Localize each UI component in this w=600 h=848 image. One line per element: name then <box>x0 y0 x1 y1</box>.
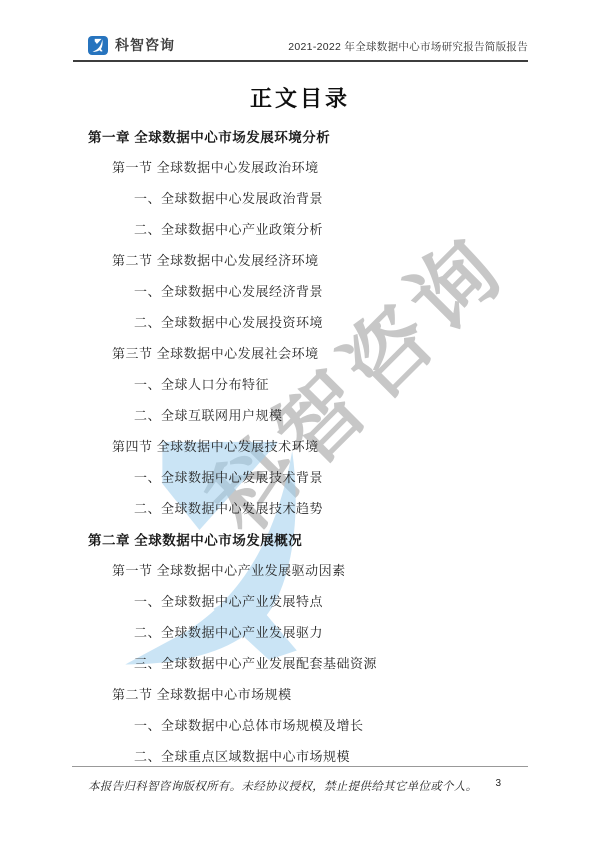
toc-entry-item: 一、全球数据中心总体市场规模及增长 <box>134 709 540 740</box>
toc-entry-section: 第四节 全球数据中心发展技术环境 <box>112 430 540 461</box>
toc-entry-item: 一、全球数据中心产业发展特点 <box>134 585 540 616</box>
toc-entry-chapter: 第一章 全球数据中心市场发展环境分析 <box>88 120 540 151</box>
toc-entry-item: 一、全球数据中心发展政治背景 <box>134 182 540 213</box>
document-page: 科智咨询 科智咨询 2021-2022 年全球数据中心市场研究报告简版报告 <box>0 0 600 848</box>
page-header: 科智咨询 2021-2022 年全球数据中心市场研究报告简版报告 <box>73 28 528 62</box>
toc-entry-chapter: 第二章 全球数据中心市场发展概况 <box>88 523 540 554</box>
page-number: 3 <box>495 778 501 789</box>
toc-entry-item: 一、全球数据中心发展经济背景 <box>134 275 540 306</box>
page-title: 正文目录 <box>0 82 600 113</box>
toc-entry-section: 第二节 全球数据中心发展经济环境 <box>112 244 540 275</box>
toc-entry-section: 第二节 全球数据中心市场规模 <box>112 678 540 709</box>
toc-entry-item: 一、全球数据中心发展技术背景 <box>134 461 540 492</box>
toc-entry-section: 第一节 全球数据中心产业发展驱动因素 <box>112 554 540 585</box>
header-report-title: 2021-2022 年全球数据中心市场研究报告简版报告 <box>288 39 528 55</box>
brand-logo-icon <box>88 36 108 55</box>
toc-entry-item: 二、全球数据中心产业发展驱力 <box>134 616 540 647</box>
toc-entry-item: 二、全球数据中心发展技术趋势 <box>134 492 540 523</box>
toc-entry-item: 二、全球数据中心产业政策分析 <box>134 213 540 244</box>
toc-entry-item: 二、全球互联网用户规模 <box>134 399 540 430</box>
footer-copyright: 本报告归科智咨询版权所有。未经协议授权，禁止提供给其它单位或个人。 <box>88 778 477 794</box>
page-footer: 本报告归科智咨询版权所有。未经协议授权，禁止提供给其它单位或个人。 3 <box>72 766 528 794</box>
toc-entry-section: 第三节 全球数据中心发展社会环境 <box>112 337 540 368</box>
toc-entry-item: 三、全球数据中心产业发展配套基础资源 <box>134 647 540 678</box>
brand-logo-text: 科智咨询 <box>115 35 175 55</box>
toc-entry-item: 二、全球数据中心发展投资环境 <box>134 306 540 337</box>
toc-entry-item: 一、全球人口分布特征 <box>134 368 540 399</box>
toc-entry-section: 第一节 全球数据中心发展政治环境 <box>112 151 540 182</box>
brand-logo: 科智咨询 <box>88 35 175 55</box>
toc-list: 第一章 全球数据中心市场发展环境分析第一节 全球数据中心发展政治环境一、全球数据… <box>72 120 540 771</box>
